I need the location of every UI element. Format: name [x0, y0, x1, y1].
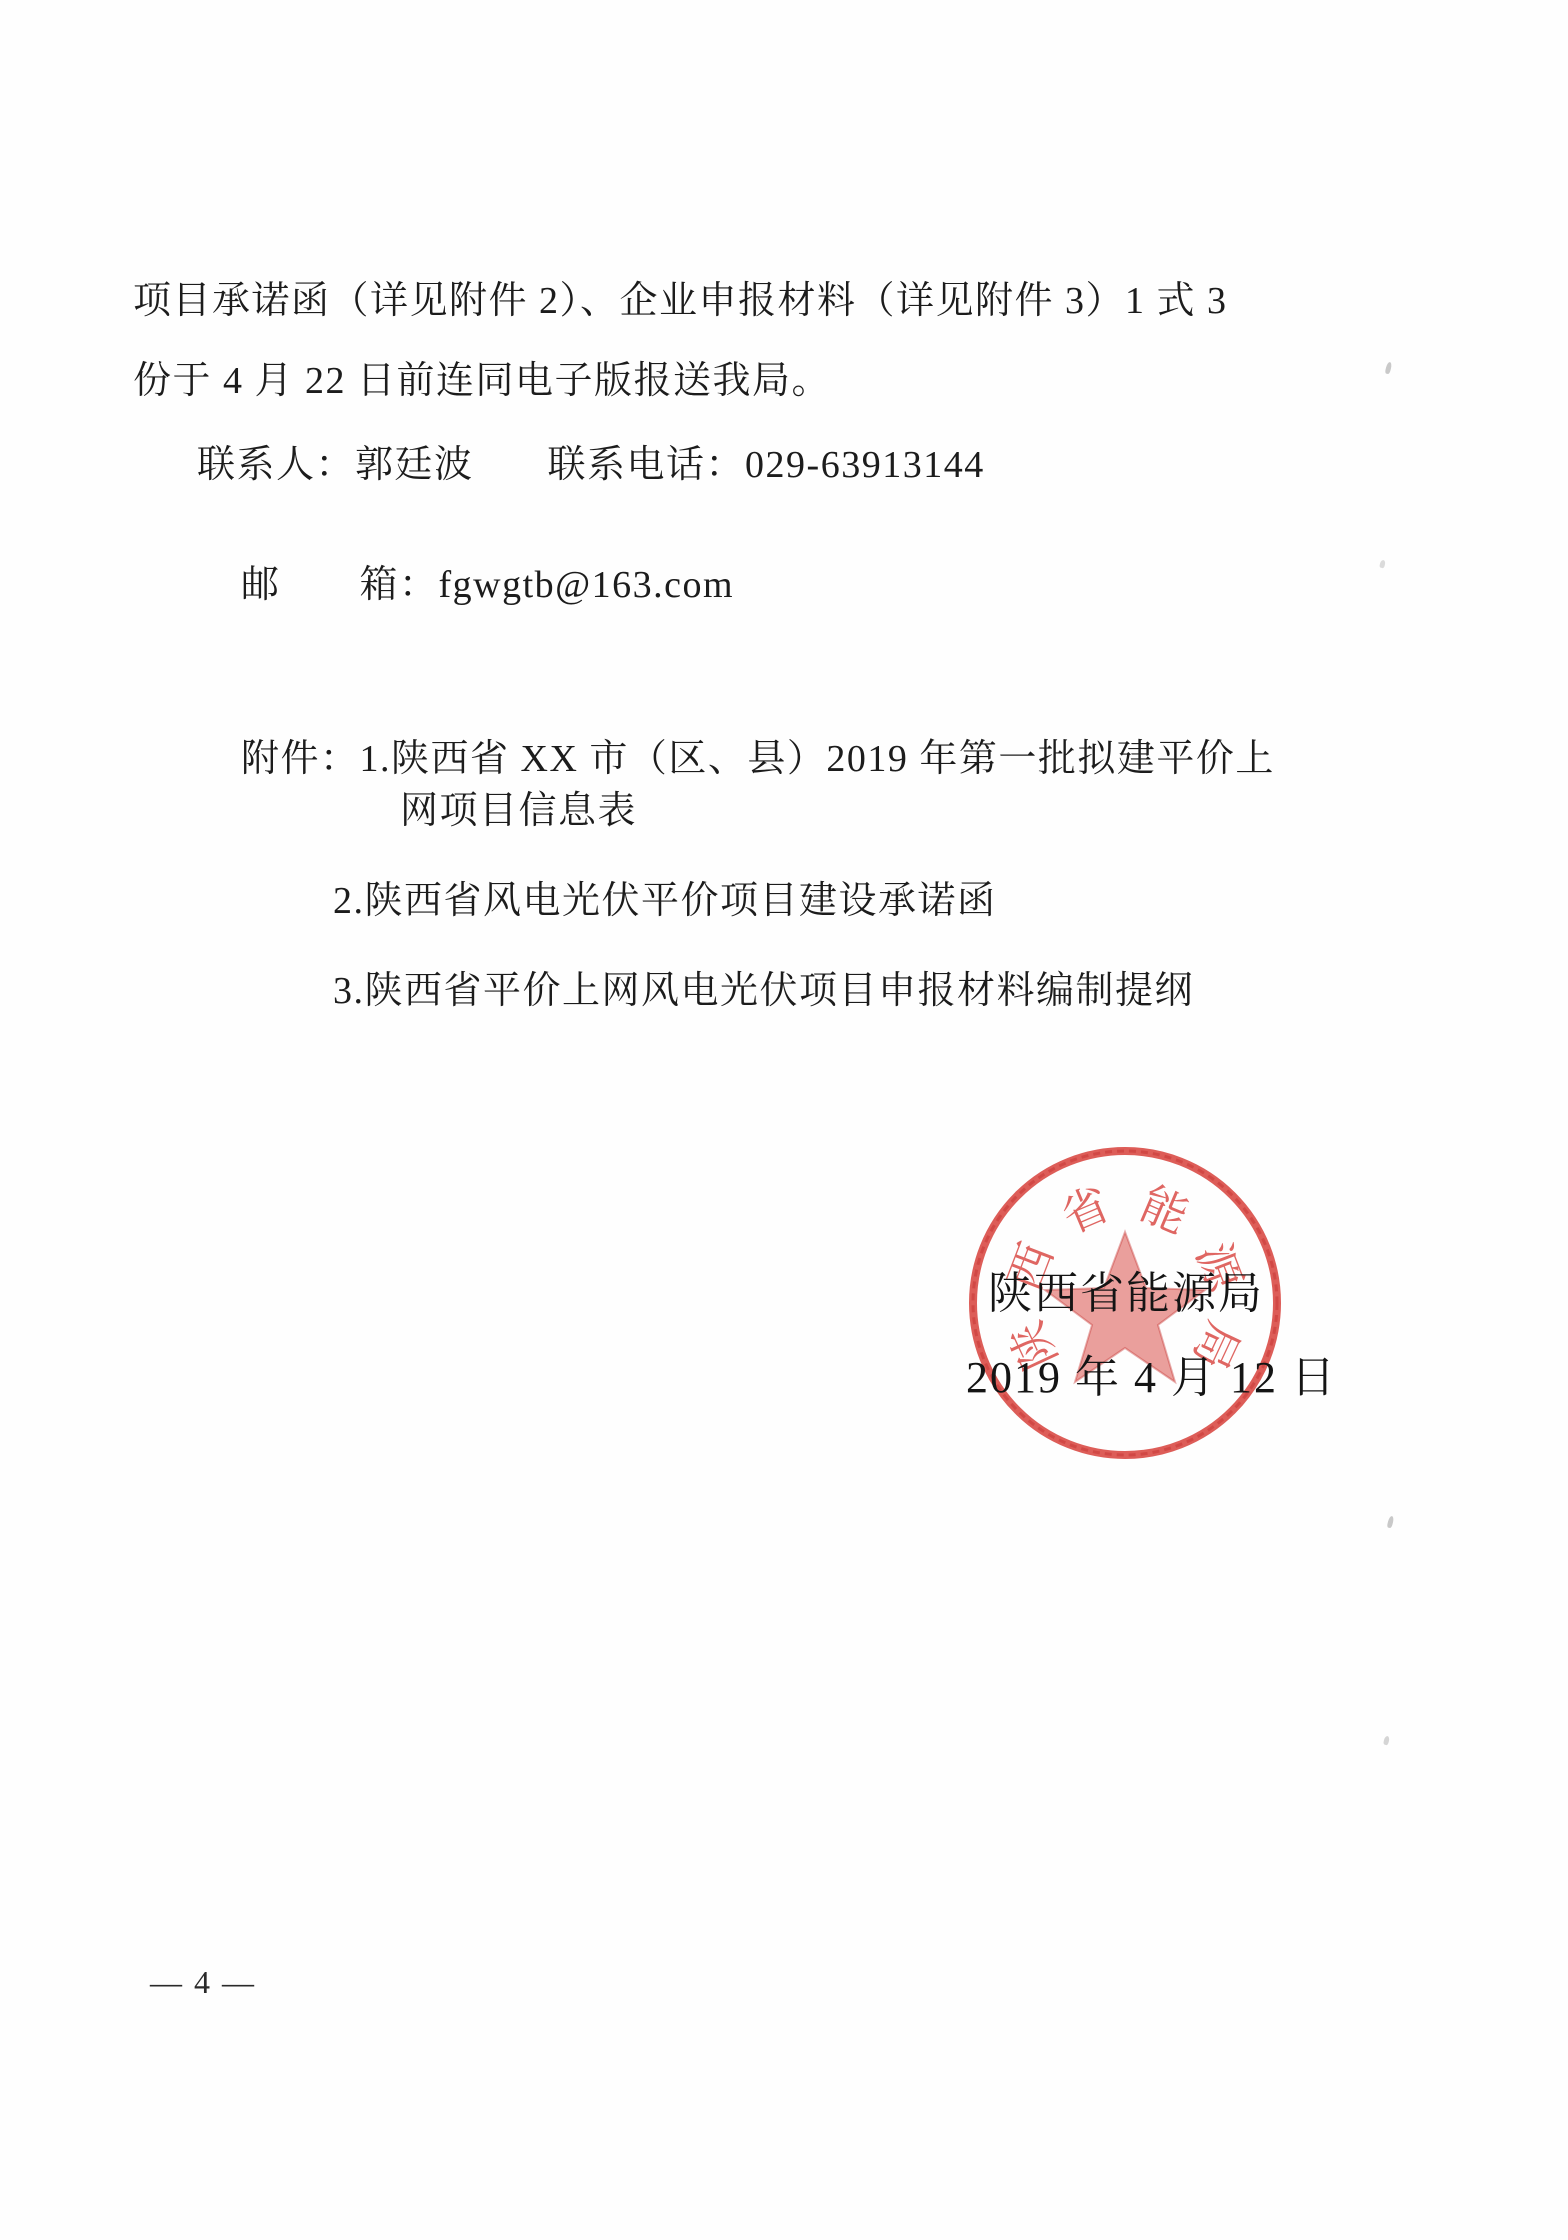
contact-person-label: 联系人：: [197, 446, 355, 484]
attachment-item-3: 3.陕西省平价上网风电光伏项目申报材料编制提纲: [333, 972, 1194, 1010]
seal-char: 能: [1133, 1178, 1195, 1243]
attachments-label: 附件：: [241, 738, 360, 780]
body-paragraph-line-2: 份于 4 月 22 日前连同电子版报送我局。: [133, 362, 831, 400]
scan-artifact: [1379, 560, 1386, 569]
email-line: 邮 箱：fgwgtb@163.com: [197, 528, 734, 642]
attachment-item-2: 2.陕西省风电光伏平价项目建设承诺函: [333, 882, 997, 920]
page-number: — 4 —: [150, 1966, 256, 1998]
contact-line: 联系人：郭廷波联系电话：029-63913144: [197, 446, 985, 484]
email-address: fgwgtb@163.com: [439, 564, 735, 606]
signature-issuer: 陕西省能源局: [988, 1272, 1264, 1316]
seal-char: 省: [1055, 1178, 1117, 1243]
body-paragraph-line-1: 项目承诺函（详见附件 2）、企业申报材料（详见附件 3）1 式 3: [133, 282, 1228, 320]
scan-artifact: [1385, 362, 1393, 375]
contact-phone-number: 029-63913144: [745, 446, 985, 484]
document-page: 项目承诺函（详见附件 2）、企业申报材料（详见附件 3）1 式 3 份于 4 月…: [0, 0, 1568, 2240]
scan-artifact: [1387, 1516, 1395, 1529]
attachment-item-1-line-2: 网项目信息表: [400, 792, 637, 830]
contact-person-name: 郭廷波: [355, 446, 474, 484]
attachments-line-1: 附件：1.陕西省 XX 市（区、县）2019 年第一批拟建平价上: [197, 702, 1275, 816]
attachment-item-1-line-1: 1.陕西省 XX 市（区、县）2019 年第一批拟建平价上: [360, 738, 1275, 780]
scan-artifact: [1383, 1736, 1390, 1746]
contact-phone-label: 联系电话：: [548, 446, 746, 484]
signature-date: 2019 年 4 月 12 日: [966, 1356, 1337, 1400]
email-label: 邮 箱：: [241, 564, 439, 606]
